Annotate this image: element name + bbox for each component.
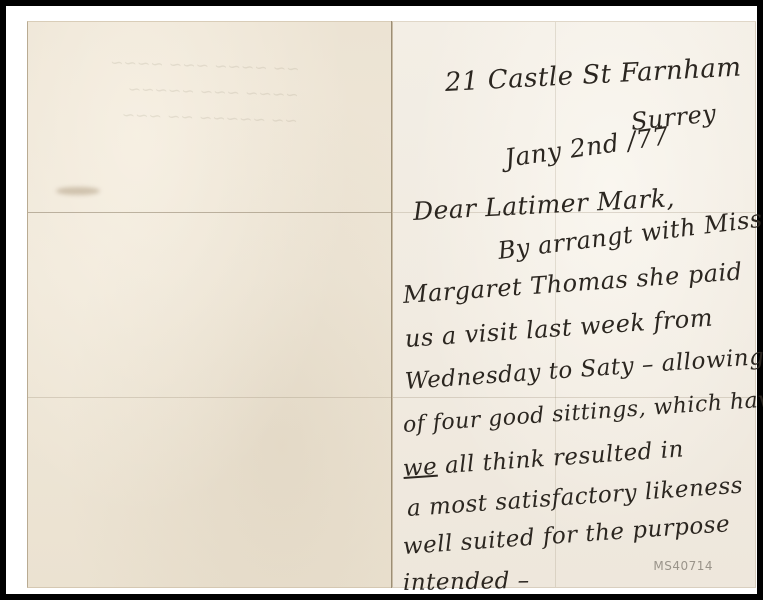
horizontal-fold-crease: [28, 397, 391, 398]
show-through-text: ~~ ~~~~ ~~~ ~~~~ ~~~~ ~~~ ~~~~~ ~~ ~~~~~…: [56, 48, 300, 176]
scan-mat: ~~ ~~~~ ~~~ ~~~~ ~~~~ ~~~ ~~~~~ ~~ ~~~~~…: [6, 6, 757, 594]
address-line: 21 Castle St Farnham: [444, 52, 742, 97]
horizontal-fold-crease: [28, 212, 391, 213]
letter-left-page: ~~ ~~~~ ~~~ ~~~~ ~~~~ ~~~ ~~~~~ ~~ ~~~~~…: [27, 21, 391, 588]
handwritten-letter: 21 Castle St Farnham Surrey Jany 2nd /77…: [393, 22, 755, 587]
body-line: Wednesday to Saty – allowing: [404, 344, 763, 395]
letter-date: Jany 2nd /77: [503, 121, 671, 173]
body-line: of four good sittings, which have: [402, 386, 763, 438]
archive-catalog-number: MS40714: [653, 559, 713, 573]
body-line: we all think resulted in: [402, 436, 685, 482]
body-line-closing: intended –: [403, 568, 530, 596]
underlined-word: we: [402, 454, 438, 482]
body-line: us a visit last week from: [404, 304, 714, 353]
letter-right-page: 21 Castle St Farnham Surrey Jany 2nd /77…: [392, 21, 756, 588]
ink-stain: [56, 187, 100, 195]
body-line: Margaret Thomas she paid: [402, 257, 743, 309]
